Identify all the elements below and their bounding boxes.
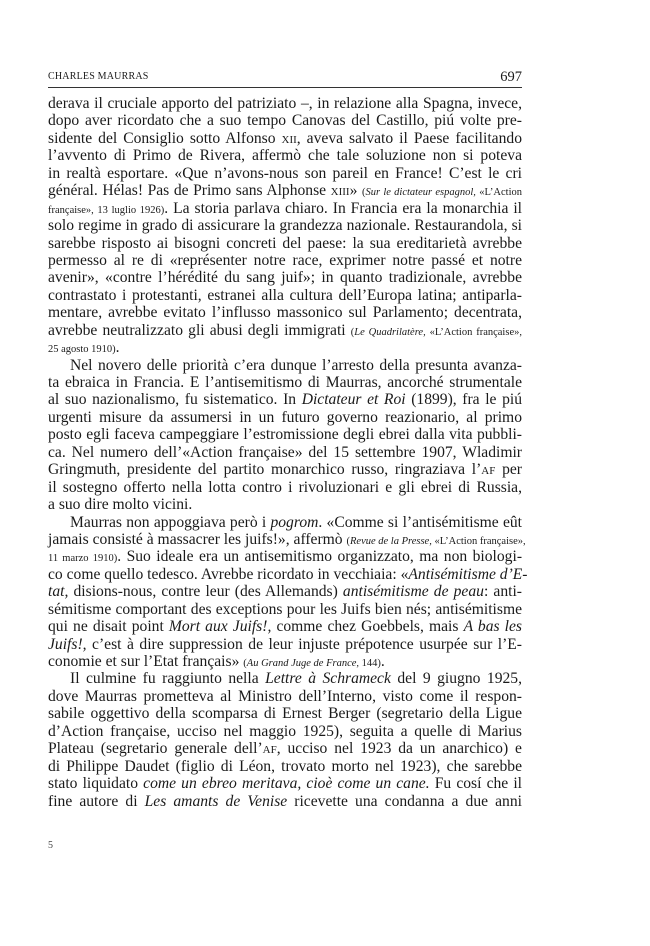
body-text: derava il cruciale apporto del patriziat… [48,95,522,810]
text-run: del 9 giugno 1925, [391,670,522,687]
text-line: ca. Nel numero dell’«Action française» d… [48,444,522,461]
text-line: derava il cruciale apporto del patriziat… [48,95,522,112]
text-run: c’est à dire suppression de leur injuste… [87,636,522,653]
text-line: jamais consisté à massacrer les juifs!»,… [48,531,522,548]
text-run: sémitisme comportant des exceptions pour… [48,601,522,618]
text-run: derava il cruciale apporto del patriziat… [48,95,522,112]
text-run: Il culmine fu raggiunto nella [70,670,265,687]
text-run: urgenti misure da assumersi in un futuro… [48,409,522,426]
text-line: Juifs!, c’est à dire suppression de leur… [48,636,522,653]
text-line: avrebbe neutralizzato gli abusi degli im… [48,322,522,339]
text-run: général. Hélas! Pas de Primo sans Alphon… [48,182,331,199]
text-run: dopo aver ricordato che a suo tempo Cano… [48,112,522,129]
text-line: sarebbe risposto ai bisogni concreti del… [48,235,522,252]
text-run: » [350,182,362,199]
text-line: Plateau (segretario generale dell’AF, uc… [48,740,522,757]
text-run: in realtà esportare. «Que n’avons-nous s… [48,165,522,182]
text-line: contrastato i protestanti, estranei alla… [48,287,522,304]
text-line: Nel novero delle priorità c’era dunque l… [48,357,522,374]
text-run: Fu cosí che il [430,775,522,792]
text-run: avenir», «contre l’hérédité du sang juif… [48,269,522,286]
text-run: a suo dire molto vicini. [48,496,192,513]
text-line: fine autore di Les amants de Venise rice… [48,793,522,810]
text-run: dove Maurras prometteva al Ministro dell… [48,688,522,705]
text-run: Antisémitisme d’E- [408,566,527,583]
text-run: Mort aux Juifs!, [169,618,271,635]
text-run: «L’Action française», [426,327,522,338]
text-line: sémitisme comportant des exceptions pour… [48,601,522,618]
text-run: fine autore di [48,793,145,810]
text-run: . [116,339,120,356]
text-run: come un ebreo meritava, cioè come un can… [143,775,429,792]
text-line: mentare, avrebbe evitato l’influsso mass… [48,304,522,321]
text-run: sidente del Consiglio sotto Alfonso [48,130,282,147]
text-run: : anti- [484,583,522,600]
text-run: XIII [331,186,350,198]
text-run: Au Grand Juge de France, [247,658,359,669]
text-run: AF [481,465,495,477]
text-run: al suo nazionalismo, fu sistematico. In [48,391,302,408]
text-run: conomie et sur l’Etat français» [48,653,243,670]
text-line: française», 13 luglio 1926). La storia p… [48,200,522,217]
text-line: avenir», «contre l’hérédité du sang juif… [48,269,522,286]
text-run: Dictateur et Roi [302,391,406,408]
text-run: l’avvento di Primo de Rivera, affermò ch… [48,147,522,164]
text-line: co come quello tedesco. Avrebbe ricordat… [48,566,522,583]
text-run: sabile oggettivo della scomparsa di Erne… [48,705,522,722]
text-line: in realtà esportare. «Que n’avons-nous s… [48,165,522,182]
text-run: (1899), fra le piú [406,391,522,408]
text-run: disions-nous, contre leur (des Allemands… [68,583,343,600]
text-run: . La storia parlava chiaro. In Francia e… [164,200,522,217]
text-line: 11 marzo 1910). Suo ideale era un antise… [48,548,522,565]
text-line: stato liquidato come un ebreo meritava, … [48,775,522,792]
text-run: «L’Action [476,187,522,198]
text-run: qui ne disait point [48,618,169,635]
text-line: a suo dire molto vicini. [48,496,522,513]
text-line: permesso al re di «représenter notre rac… [48,252,522,269]
text-run: Maurras non appoggiava però i [70,514,270,531]
text-run: ca. Nel numero dell’«Action française» d… [48,444,522,461]
text-run: solo regime in grado di assicurare la gr… [48,217,522,234]
text-line: al suo nazionalismo, fu sistematico. In … [48,391,522,408]
text-run: ta ebraica in Francia. E l’antisemitismo… [48,374,522,391]
text-run: avrebbe neutralizzato gli abusi degli im… [48,322,351,339]
text-run: ricevette una condanna a due anni [287,793,522,810]
text-run: 144) [359,658,381,669]
text-run: il sostegno offerto nella lotta contro i… [48,479,522,496]
text-run: Nel novero delle priorità c’era dunque l… [70,357,522,374]
text-run: pogrom [270,514,318,531]
text-run: Les amants de Venise [145,793,288,810]
text-run: 25 agosto 1910) [48,344,116,355]
text-line: urgenti misure da assumersi in un futuro… [48,409,522,426]
text-run: co come quello tedesco. Avrebbe ricordat… [48,566,408,583]
text-run: Plateau (segretario generale dell’ [48,740,263,757]
text-run: Revue de la Presse, [350,536,432,547]
text-run: per [495,461,522,478]
text-run: permesso al re di «représenter notre rac… [48,252,522,269]
text-run: tat, [48,583,68,600]
text-run: jamais consisté à massacrer les juifs!»,… [48,531,347,548]
text-line: général. Hélas! Pas de Primo sans Alphon… [48,182,522,199]
text-run: sarebbe risposto ai bisogni concreti del… [48,235,522,252]
text-run: 11 marzo 1910) [48,553,117,564]
text-run: di Philippe Daudet (figlio di Léon, trov… [48,758,522,775]
text-run: AF [263,744,277,756]
text-line: sidente del Consiglio sotto Alfonso XII,… [48,130,522,147]
text-run: Juifs!, [48,636,87,653]
text-line: sabile oggettivo della scomparsa di Erne… [48,705,522,722]
text-run: comme chez Goebbels, mais [271,618,463,635]
text-run: . Suo ideale era un antisemitismo organi… [117,548,522,565]
text-line: Il culmine fu raggiunto nella Lettre à S… [48,670,522,687]
text-run: Gringmuth, presidente del partito monarc… [48,461,481,478]
text-run: stato liquidato [48,775,143,792]
text-run: . «Comme si l’antisémitisme eût [318,514,522,531]
text-line: ta ebraica in Francia. E l’antisemitismo… [48,374,522,391]
text-run: . [381,653,385,670]
text-line: il sostegno offerto nella lotta contro i… [48,479,522,496]
text-run: contrastato i protestanti, estranei alla… [48,287,522,304]
text-run: XII [282,134,297,146]
text-run: «L’Action française», [432,536,526,547]
text-line: 25 agosto 1910). [48,339,522,356]
text-run: française», 13 luglio 1926) [48,205,164,216]
text-line: solo regime in grado di assicurare la gr… [48,217,522,234]
text-run: posto egli faceva campeggiare l’estromis… [48,426,522,443]
text-run: A bas les [464,618,522,635]
text-run: mentare, avrebbe evitato l’influsso mass… [48,304,522,321]
signature-mark: 5 [48,840,53,851]
text-line: Maurras non appoggiava però i pogrom. «C… [48,514,522,531]
text-line: di Philippe Daudet (figlio di Léon, trov… [48,758,522,775]
text-run: Le Quadrilatère, [354,327,425,338]
text-line: posto egli faceva campeggiare l’estromis… [48,426,522,443]
text-line: l’avvento di Primo de Rivera, affermò ch… [48,147,522,164]
text-run: d’Action française, ucciso nel maggio 19… [48,723,522,740]
text-line: conomie et sur l’Etat français» (Au Gran… [48,653,522,670]
text-line: dopo aver ricordato che a suo tempo Cano… [48,112,522,129]
text-line: tat, disions-nous, contre leur (des Alle… [48,583,522,600]
text-run: , aveva salvato il Paese facilitando [297,130,522,147]
text-run: , ucciso nel 1923 da un anarchico) e [277,740,522,757]
text-line: qui ne disait point Mort aux Juifs!, com… [48,618,522,635]
page-number: 697 [500,69,522,86]
running-head-title: CHARLES MAURRAS [48,71,149,82]
text-line: dove Maurras prometteva al Ministro dell… [48,688,522,705]
text-line: Gringmuth, presidente del partito monarc… [48,461,522,478]
running-head: CHARLES MAURRAS 697 [48,69,522,88]
text-run: antisémitisme de peau [343,583,484,600]
text-run: Lettre à Schrameck [265,670,391,687]
text-line: d’Action française, ucciso nel maggio 19… [48,723,522,740]
text-run: Sur le dictateur espagnol, [365,187,475,198]
